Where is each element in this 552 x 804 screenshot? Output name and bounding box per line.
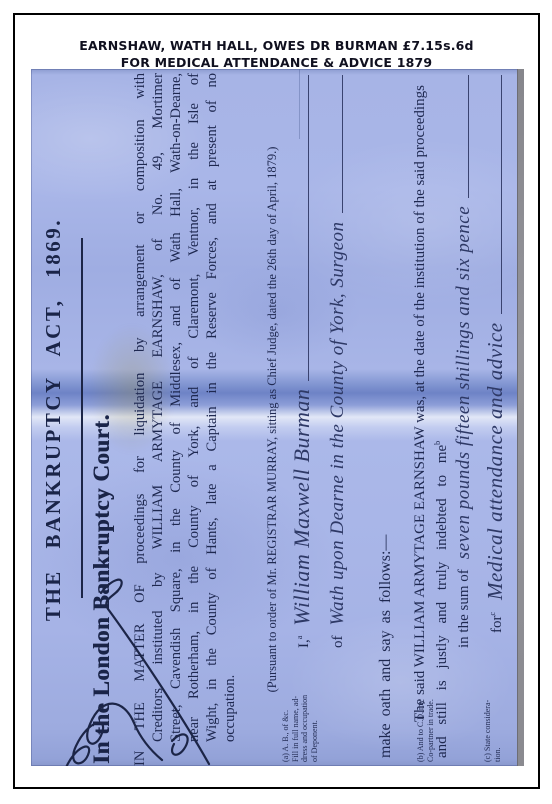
matter-line: Street, Cavendish Square, in the County … [167,73,185,742]
margin-note-b: (b) And to C.D. my Co-partner in trade. [416,652,435,762]
footnote-mark-c: c [488,612,497,616]
deponent-prefix: I,a [295,636,313,648]
court-heading: In the London Bankruptcy Court. [89,73,115,764]
scan-edge-shadow [517,69,524,766]
debtor-line: The said WILLIAM ARMYTAGE EARNSHAW was, … [412,73,429,722]
caption-title: EARNSHAW, WATH HALL, OWES DR BURMAN £7.1… [15,37,538,71]
margin-note-a: (a) A. B., of &c. Fill in full name, ad-… [281,652,319,762]
sum-handwriting: seven pounds fifteen shillings and six p… [454,206,473,559]
indebted-line: and still is justly and truly indebted t… [433,73,451,758]
matter-line: occupation. [221,73,239,742]
document-scan: THE BANKRUPTCY ACT, 1869. In the London … [31,69,524,766]
fill-rule [468,75,470,198]
sum-line: in the sum of seven pounds fifteen shill… [454,73,473,648]
fill-rule [501,75,503,314]
consideration-line: forc Medical attendance and advice [485,73,506,633]
oath-line: make oath and say as follows:— [377,73,395,758]
residence-handwriting: Wath upon Dearne in the County of York, … [328,221,347,625]
document-content: THE BANKRUPTCY ACT, 1869. In the London … [31,69,524,766]
fill-rule [308,75,310,381]
pursuant-line: (Pursuant to order of Mr. REGISTRAR MURR… [265,73,280,766]
matter-paragraph: IN THE MATTER OF proceedings for liquida… [131,73,239,766]
matter-line: Wight, in the County of Hants, late a Ca… [203,73,221,742]
fill-rule [342,75,344,213]
footnote-mark-a: a [295,636,304,640]
caption-line-1: EARNSHAW, WATH HALL, OWES DR BURMAN £7.1… [15,37,538,54]
matter-line: near Rotherham, in the County of York, a… [185,73,203,742]
footnote-mark-b: b [433,441,442,445]
margin-note-c: (c) State considera- tion. [483,652,502,762]
deponent-line: I,a William Maxwell Burman [291,73,313,648]
consideration-handwriting: Medical attendance and advice [485,322,506,599]
sum-prefix: in the sum of [456,569,473,648]
residence-prefix: of [330,636,347,649]
title-rule [81,238,83,598]
consideration-prefix: forc [488,612,506,633]
matter-line: IN THE MATTER OF proceedings for liquida… [131,73,149,766]
deponent-name-handwriting: William Maxwell Burman [291,389,313,626]
matter-line: Creditors instituted by WILLIAM ARMYTAGE… [149,73,167,742]
residence-line: of Wath upon Dearne in the County of Yor… [328,73,347,648]
act-title: THE BANKRUPTCY ACT, 1869. [41,73,66,766]
